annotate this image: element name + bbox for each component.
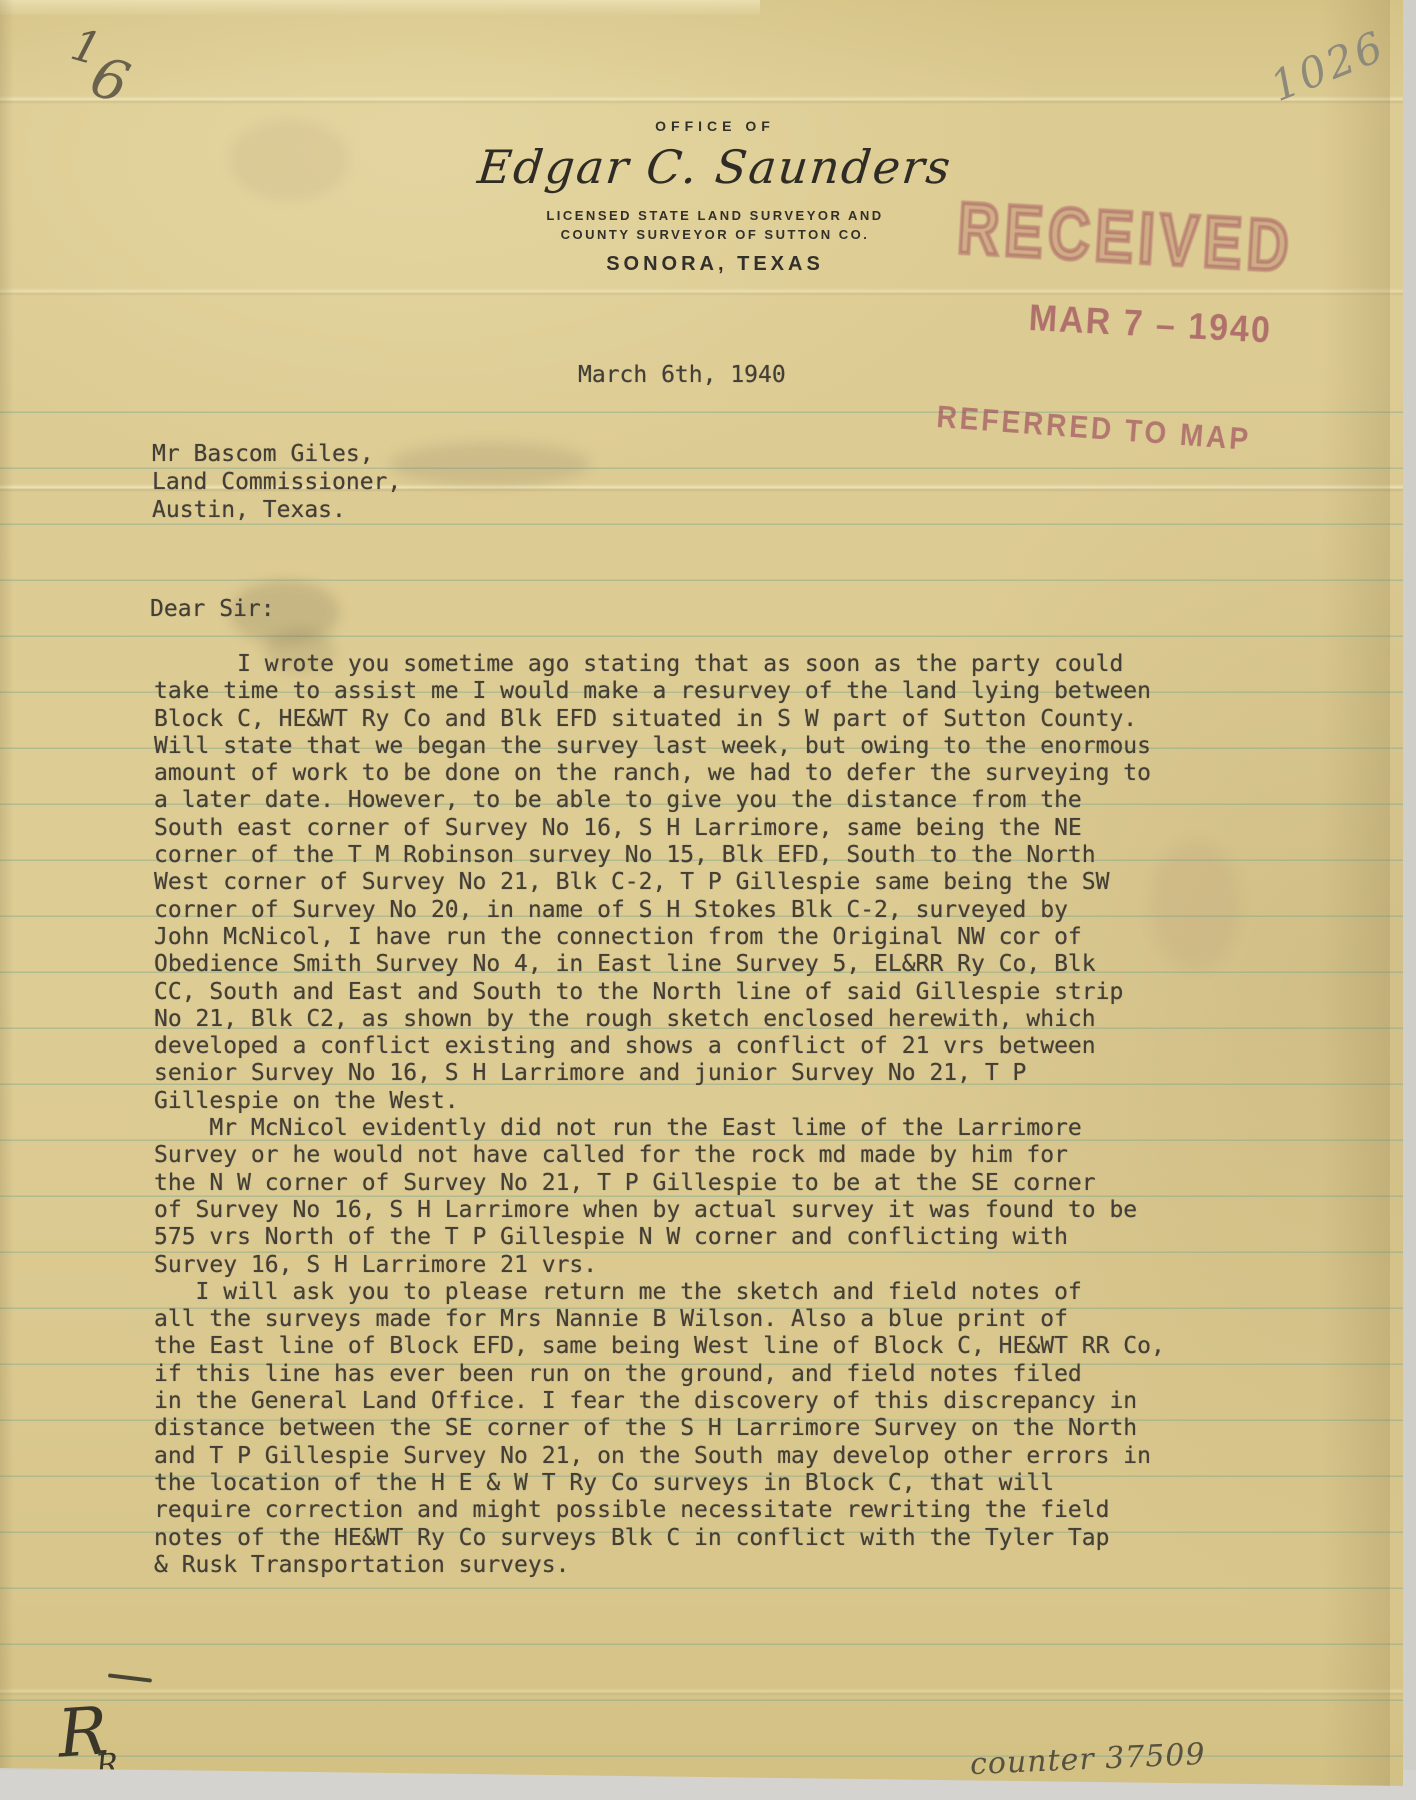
- letter-body: I wrote you sometime ago stating that as…: [154, 651, 1165, 1579]
- letterhead-office-of: OFFICE OF: [380, 118, 1050, 134]
- received-date-stamp: MAR 7 – 1940: [1028, 297, 1273, 353]
- paragraph-2: Mr McNicol evidently did not run the Eas…: [154, 1115, 1165, 1279]
- recipient-address: Mr Bascom Giles, Land Commissioner, Aust…: [152, 440, 401, 524]
- letterhead-title-line1: LICENSED STATE LAND SURVEYOR AND: [380, 206, 1050, 225]
- scanned-letter-page: { "document": { "letterhead": { "office_…: [0, 0, 1416, 1800]
- salutation: Dear Sir:: [150, 596, 275, 622]
- paragraph-1: I wrote you sometime ago stating that as…: [154, 651, 1165, 1115]
- paper-top-edge: [0, 0, 760, 15]
- paper-crease: [0, 1688, 1403, 1696]
- letterhead-title: LICENSED STATE LAND SURVEYOR AND COUNTY …: [380, 206, 1050, 244]
- ink-smudge: [390, 442, 590, 486]
- letter-paper: OFFICE OF Edgar C. Saunders LICENSED STA…: [0, 0, 1403, 1800]
- paper-crease: [0, 96, 1403, 104]
- handwritten-monogram-small: R: [94, 1747, 120, 1784]
- letter-date: March 6th, 1940: [578, 362, 786, 388]
- letterhead-title-line2: COUNTY SURVEYOR OF SUTTON CO.: [380, 225, 1050, 244]
- paper-edge-shading: [1320, 0, 1390, 1800]
- ink-smudge: [230, 120, 350, 200]
- paragraph-3: I will ask you to please return me the s…: [154, 1279, 1165, 1579]
- paper-crease: [0, 288, 1403, 296]
- letterhead: OFFICE OF Edgar C. Saunders LICENSED STA…: [380, 118, 1050, 276]
- paper-edge-shading: [0, 0, 14, 1800]
- letterhead-city: SONORA, TEXAS: [380, 253, 1050, 276]
- letterhead-name: Edgar C. Saunders: [377, 140, 1053, 194]
